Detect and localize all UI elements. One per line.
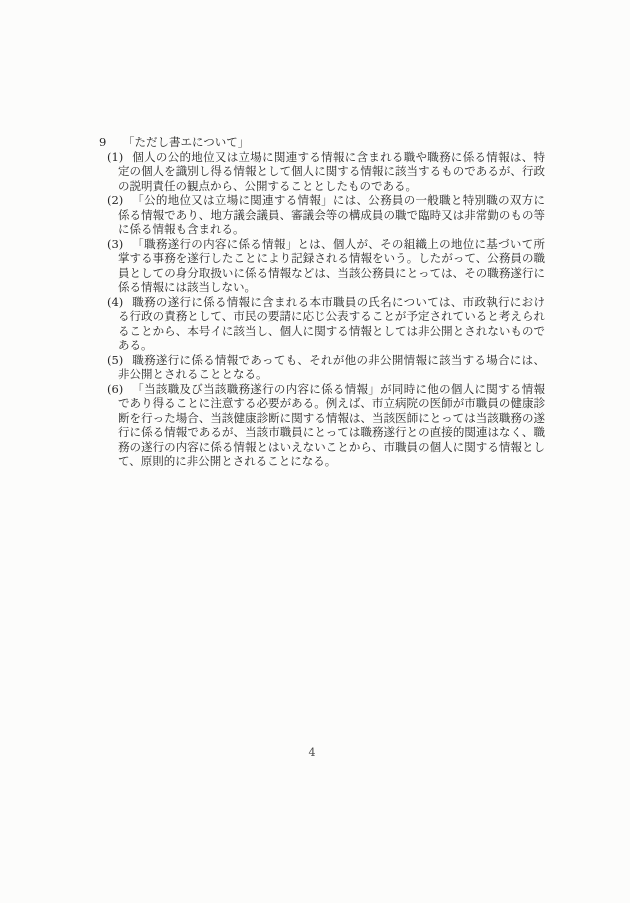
section-heading: 9「ただし書エについて」 [99,135,545,150]
item-text: 「当該職及び当該職務遂行の内容に係る情報」が同時に他の個人に関する情報であり得る… [118,382,545,469]
section-number: 9 [99,135,123,150]
document-page: 9「ただし書エについて」 (1)個人の公的地位又は立場に関連する情報に含まれる職… [0,0,630,903]
list-item-1: (1)個人の公的地位又は立場に関連する情報に含まれる職や職務に係る情報は、特定の… [118,150,545,194]
item-number: (4) [107,295,132,310]
item-number: (5) [107,353,132,368]
section-title: 「ただし書エについて」 [123,135,249,149]
item-text: 職務の遂行に係る情報に含まれる本市職員の氏名については、市政執行における行政の責… [118,295,545,353]
item-number: (1) [107,150,132,165]
page-number: 4 [0,746,624,759]
item-number: (3) [107,237,132,252]
document-body: 9「ただし書エについて」 (1)個人の公的地位又は立場に関連する情報に含まれる職… [0,135,630,469]
item-text: 「公的地位又は立場に関連する情報」には、公務員の一般職と特別職の双方に係る情報で… [118,193,545,236]
item-number: (6) [107,382,132,397]
list-item-4: (4)職務の遂行に係る情報に含まれる本市職員の氏名については、市政執行における行… [118,295,545,353]
list-item-6: (6)「当該職及び当該職務遂行の内容に係る情報」が同時に他の個人に関する情報であ… [118,382,545,469]
list-item-5: (5)職務遂行に係る情報であっても、それが他の非公開情報に該当する場合には、非公… [118,353,545,382]
item-text: 「職務遂行の内容に係る情報」とは、個人が、その組織上の地位に基づいて所掌する事務… [118,237,545,295]
item-text: 職務遂行に係る情報であっても、それが他の非公開情報に該当する場合には、非公開とさ… [118,353,545,382]
item-text: 個人の公的地位又は立場に関連する情報に含まれる職や職務に係る情報は、特定の個人を… [118,150,545,193]
list-item-2: (2)「公的地位又は立場に関連する情報」には、公務員の一般職と特別職の双方に係る… [118,193,545,237]
list-item-3: (3)「職務遂行の内容に係る情報」とは、個人が、その組織上の地位に基づいて所掌す… [118,237,545,295]
item-number: (2) [107,193,132,208]
